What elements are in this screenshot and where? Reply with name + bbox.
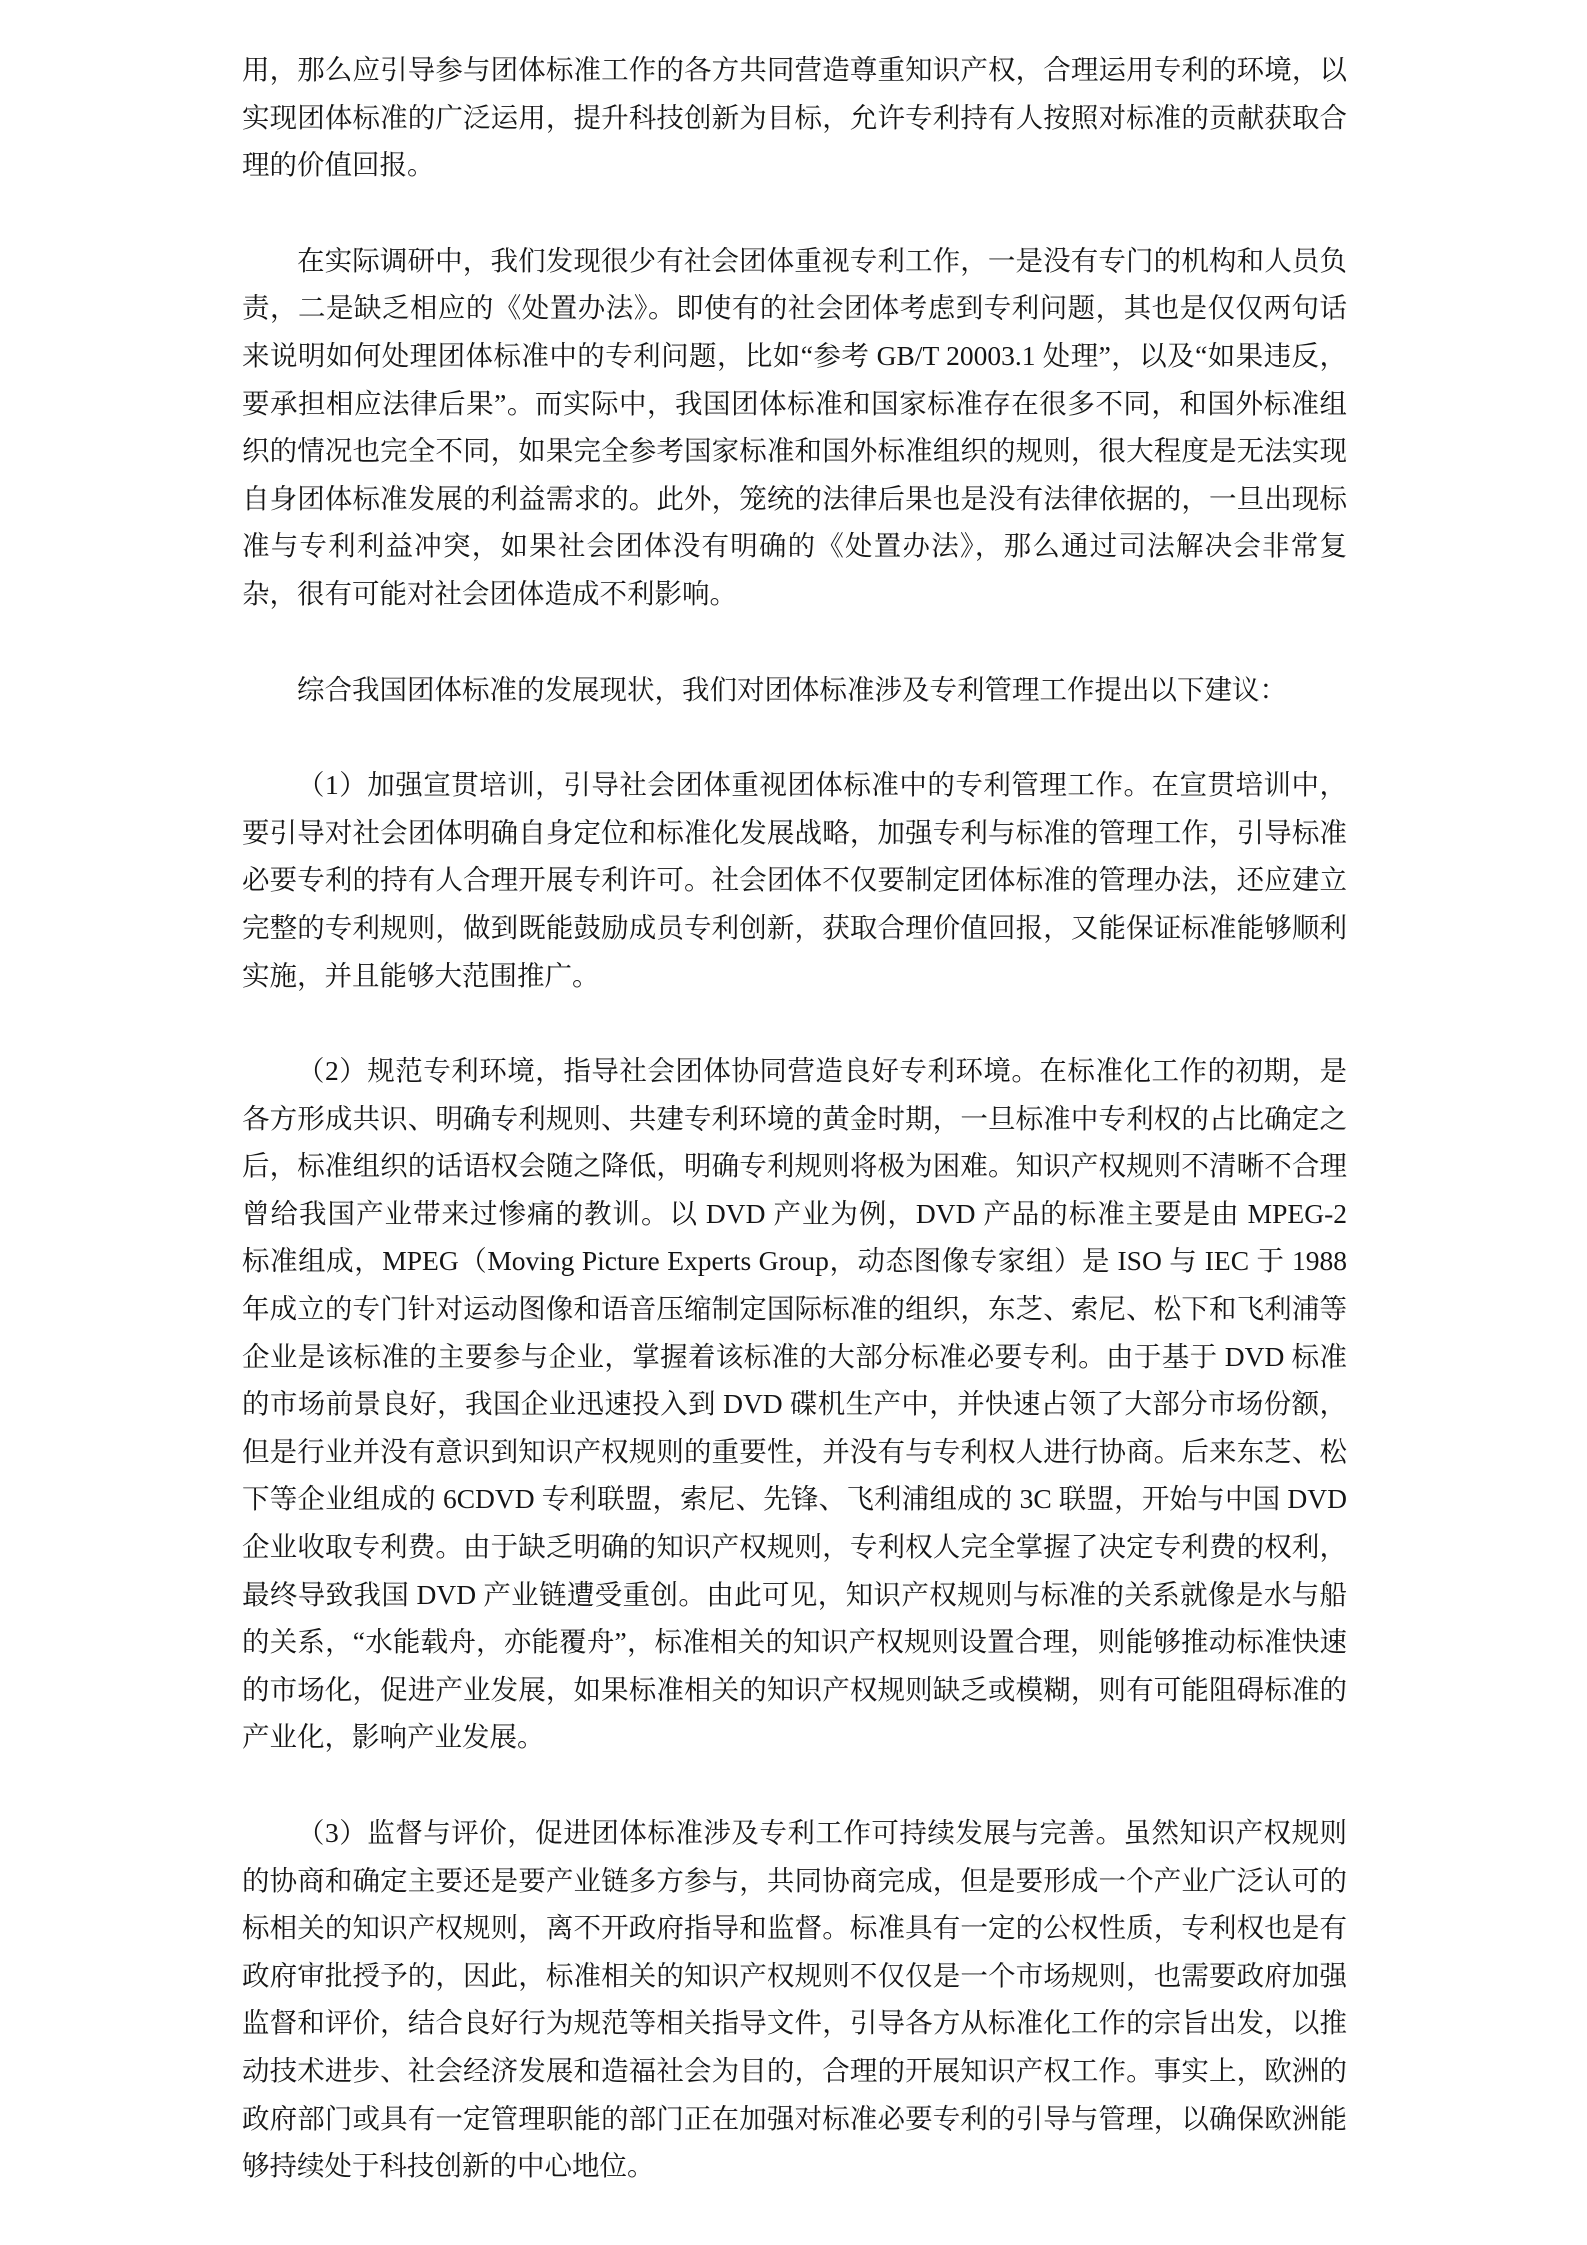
paragraph-suggestion-1: （1）加强宣贯培训，引导社会团体重视团体标准中的专利管理工作。在宣贯培训中，要引… xyxy=(242,761,1347,999)
paragraph-continuation: 用，那么应引导参与团体标准工作的各方共同营造尊重知识产权，合理运用专利的环境，以… xyxy=(242,46,1347,189)
paragraph-suggestion-3: （3）监督与评价，促进团体标准涉及专利工作可持续发展与完善。虽然知识产权规则的协… xyxy=(242,1809,1347,2190)
paragraph-suggestions-intro: 综合我国团体标准的发展现状，我们对团体标准涉及专利管理工作提出以下建议： xyxy=(242,666,1347,714)
paragraph-suggestion-2: （2）规范专利环境，指导社会团体协同营造良好专利环境。在标准化工作的初期，是各方… xyxy=(242,1047,1347,1761)
document-page: 用，那么应引导参与团体标准工作的各方共同营造尊重知识产权，合理运用专利的环境，以… xyxy=(0,0,1587,2245)
paragraph-survey-findings: 在实际调研中，我们发现很少有社会团体重视专利工作，一是没有专门的机构和人员负责，… xyxy=(242,237,1347,618)
